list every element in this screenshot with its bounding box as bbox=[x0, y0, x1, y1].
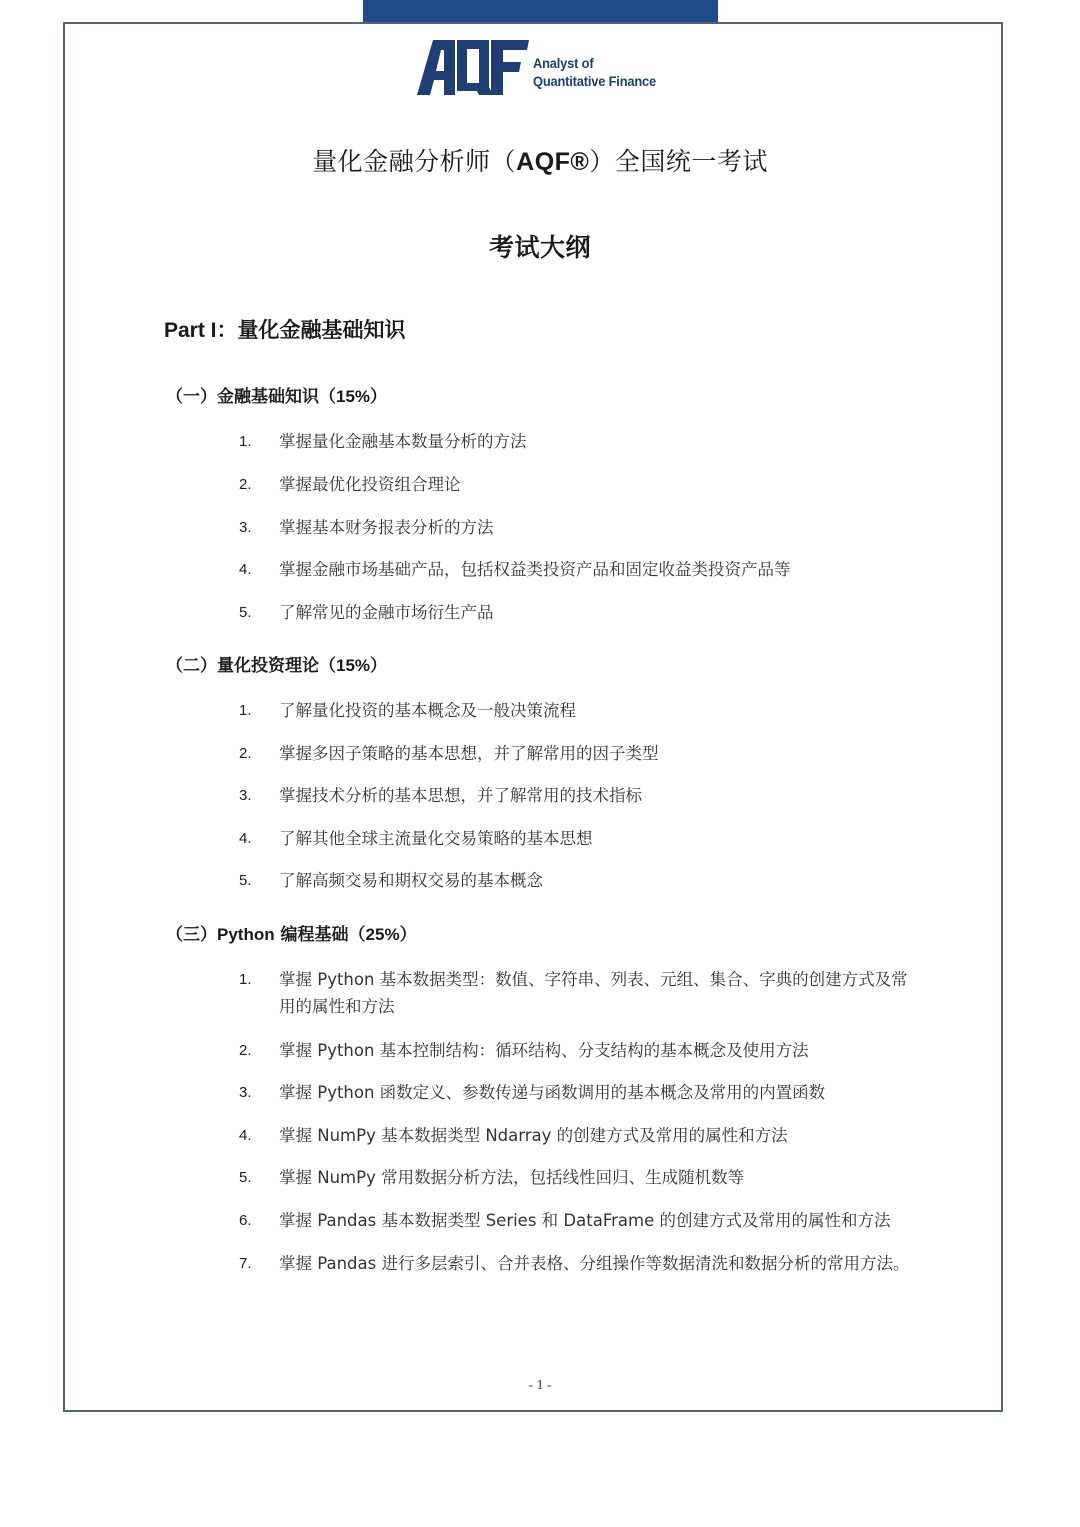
list-item: 5.了解常见的金融市场衍生产品 bbox=[239, 599, 919, 626]
list-number: 4. bbox=[239, 825, 252, 852]
list-text: 掌握最优化投资组合理论 bbox=[279, 471, 919, 498]
logo-line-2: Quantitative Finance bbox=[533, 72, 656, 90]
logo-line-1: Analyst of bbox=[533, 54, 656, 72]
list-number: 1. bbox=[239, 966, 252, 993]
list-text: 了解其他全球主流量化交易策略的基本思想 bbox=[279, 825, 919, 852]
list-text: 掌握量化金融基本数量分析的方法 bbox=[279, 428, 919, 455]
list-number: 4. bbox=[239, 1122, 252, 1149]
list-number: 6. bbox=[239, 1207, 252, 1234]
list-text: 掌握 Pandas 进行多层索引、合并表格、分组操作等数据清洗和数据分析的常用方… bbox=[279, 1250, 919, 1277]
list-text: 掌握多因子策略的基本思想，并了解常用的因子类型 bbox=[279, 740, 919, 767]
list-text: 了解高频交易和期权交易的基本概念 bbox=[279, 867, 919, 894]
section-heading-2: （二）量化投资理论（15%） bbox=[166, 651, 387, 676]
list-text: 掌握基本财务报表分析的方法 bbox=[279, 514, 919, 541]
list-number: 5. bbox=[239, 1164, 252, 1191]
list-item: 7.掌握 Pandas 进行多层索引、合并表格、分组操作等数据清洗和数据分析的常… bbox=[239, 1250, 919, 1277]
part-heading: Part I：量化金融基础知识 bbox=[164, 314, 406, 344]
section-weight: 15% bbox=[336, 656, 370, 675]
title-aqf: AQF® bbox=[516, 148, 589, 176]
list-text: 掌握 Python 函数定义、参数传递与函数调用的基本概念及常用的内置函数 bbox=[279, 1079, 919, 1106]
list-text: 掌握 NumPy 常用数据分析方法，包括线性回归、生成随机数等 bbox=[279, 1164, 919, 1191]
list-item: 3.掌握技术分析的基本思想，并了解常用的技术指标 bbox=[239, 782, 919, 809]
list-number: 5. bbox=[239, 599, 252, 626]
list-item: 4.掌握金融市场基础产品，包括权益类投资产品和固定收益类投资产品等 bbox=[239, 556, 919, 583]
section-heading-python: Python bbox=[217, 925, 275, 944]
list-text: 了解常见的金融市场衍生产品 bbox=[279, 599, 919, 626]
section-heading-text: （三） bbox=[166, 925, 217, 945]
section-weight: 25% bbox=[366, 925, 400, 944]
aqf-logo-mark-icon bbox=[417, 40, 529, 95]
list-item: 2.掌握 Python 基本控制结构：循环结构、分支结构的基本概念及使用方法 bbox=[239, 1037, 919, 1064]
list-text: 掌握 NumPy 基本数据类型 Ndarray 的创建方式及常用的属性和方法 bbox=[279, 1122, 919, 1149]
list-item: 5.掌握 NumPy 常用数据分析方法，包括线性回归、生成随机数等 bbox=[239, 1164, 919, 1191]
list-item: 1.掌握量化金融基本数量分析的方法 bbox=[239, 428, 919, 455]
list-text: 掌握金融市场基础产品，包括权益类投资产品和固定收益类投资产品等 bbox=[279, 556, 919, 583]
section-heading-3: （三）Python 编程基础（25%） bbox=[166, 920, 417, 945]
list-item: 2.掌握多因子策略的基本思想，并了解常用的因子类型 bbox=[239, 740, 919, 767]
title-suffix: ）全国统一考试 bbox=[589, 147, 768, 176]
logo-wordmark: Analyst of Quantitative Finance bbox=[533, 54, 656, 90]
section-weight: 15% bbox=[336, 387, 370, 406]
section-heading-text: 编程基础（ bbox=[275, 925, 366, 945]
list-text: 掌握 Pandas 基本数据类型 Series 和 DataFrame 的创建方… bbox=[279, 1207, 919, 1234]
list-number: 2. bbox=[239, 740, 252, 767]
list-text: 掌握技术分析的基本思想，并了解常用的技术指标 bbox=[279, 782, 919, 809]
list-item: 3.掌握 Python 函数定义、参数传递与函数调用的基本概念及常用的内置函数 bbox=[239, 1079, 919, 1106]
list-text: 掌握 Python 基本数据类型：数值、字符串、列表、元组、集合、字典的创建方式… bbox=[279, 966, 919, 1020]
part-title: 量化金融基础知识 bbox=[238, 318, 406, 342]
list-text: 掌握 Python 基本控制结构：循环结构、分支结构的基本概念及使用方法 bbox=[279, 1037, 919, 1064]
list-number: 3. bbox=[239, 1079, 252, 1106]
section-heading-1: （一）金融基础知识（15%） bbox=[166, 382, 387, 407]
section-heading-close: ） bbox=[370, 656, 387, 676]
section-heading-text: （一）金融基础知识（ bbox=[166, 387, 336, 407]
list-number: 7. bbox=[239, 1250, 252, 1277]
list-item: 1.了解量化投资的基本概念及一般决策流程 bbox=[239, 697, 919, 724]
document-subtitle: 考试大纲 bbox=[0, 228, 1080, 264]
section-heading-close: ） bbox=[370, 387, 387, 407]
part-label: Part I： bbox=[164, 319, 238, 342]
title-prefix: 量化金融分析师（ bbox=[312, 147, 516, 176]
list-number: 5. bbox=[239, 867, 252, 894]
list-item: 4.掌握 NumPy 基本数据类型 Ndarray 的创建方式及常用的属性和方法 bbox=[239, 1122, 919, 1149]
list-number: 1. bbox=[239, 697, 252, 724]
list-number: 2. bbox=[239, 1037, 252, 1064]
aqf-logo: Analyst of Quantitative Finance bbox=[417, 40, 667, 95]
list-number: 4. bbox=[239, 556, 252, 583]
list-item: 1.掌握 Python 基本数据类型：数值、字符串、列表、元组、集合、字典的创建… bbox=[239, 966, 919, 1020]
list-number: 2. bbox=[239, 471, 252, 498]
list-item: 2.掌握最优化投资组合理论 bbox=[239, 471, 919, 498]
list-number: 3. bbox=[239, 514, 252, 541]
list-item: 6.掌握 Pandas 基本数据类型 Series 和 DataFrame 的创… bbox=[239, 1207, 919, 1234]
document-title: 量化金融分析师（AQF®）全国统一考试 bbox=[0, 142, 1080, 178]
list-number: 1. bbox=[239, 428, 252, 455]
section-heading-close: ） bbox=[400, 925, 417, 945]
list-text: 了解量化投资的基本概念及一般决策流程 bbox=[279, 697, 919, 724]
list-item: 5.了解高频交易和期权交易的基本概念 bbox=[239, 867, 919, 894]
section-heading-text: （二）量化投资理论（ bbox=[166, 656, 336, 676]
page-number: - 1 - bbox=[0, 1378, 1080, 1394]
header-accent-bar bbox=[363, 0, 718, 22]
list-item: 3.掌握基本财务报表分析的方法 bbox=[239, 514, 919, 541]
list-number: 3. bbox=[239, 782, 252, 809]
list-item: 4.了解其他全球主流量化交易策略的基本思想 bbox=[239, 825, 919, 852]
